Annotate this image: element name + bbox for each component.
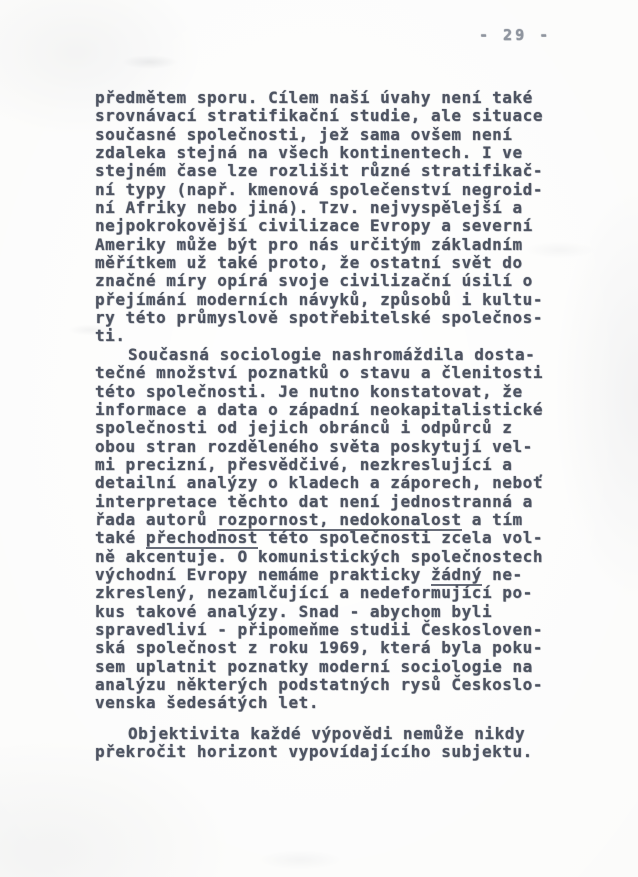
text-segment: sem uplatnit poznatky moderní sociologie…: [95, 657, 533, 676]
text-line: ská společnost z roku 1969, která byla p…: [95, 639, 551, 657]
text-line: kus takové analýzy. Snad - abychom byli: [95, 603, 551, 621]
text-line: přejímání moderních návyků, způsobů i ku…: [95, 291, 551, 309]
text-segment: nejpokrokovější civilizace Evropy a seve…: [95, 216, 533, 235]
text-segment: stejném čase lze rozlišit různé stratifi…: [95, 161, 543, 180]
text-line: předmětem sporu. Cílem naší úvahy není t…: [95, 89, 551, 107]
text-segment: ská společnost z roku 1969, která byla p…: [95, 638, 543, 657]
text-segment: kus takové analýzy. Snad - abychom byli: [95, 602, 492, 621]
text-line: ně akcentuje. O komunistických společnos…: [95, 548, 551, 566]
text-line: zdaleka stejná na všech kontinentech. I …: [95, 144, 551, 162]
text-segment: ní typy (např. kmenová společenství negr…: [95, 180, 543, 199]
text-segment: ry této průmyslově spotřebitelské společ…: [95, 308, 543, 327]
text-segment: přejímání moderních návyků, způsobů i ku…: [95, 290, 543, 309]
text-segment: spravedliví - připomeňme studii Českoslo…: [95, 620, 543, 639]
text-segment: tečné množství poznatků o stavu a členit…: [95, 363, 543, 382]
text-segment: ní Afriky nebo jiná). Tzv. nejvyspělejší…: [95, 198, 523, 217]
text-line: nejpokrokovější civilizace Evropy a seve…: [95, 217, 551, 235]
text-line: ní Afriky nebo jiná). Tzv. nejvyspělejší…: [95, 199, 551, 217]
text-segment: zdaleka stejná na všech kontinentech. I …: [95, 143, 523, 162]
text-segment: současné společnosti, jež sama ovšem nen…: [95, 125, 513, 144]
text-line: ry této průmyslově spotřebitelské společ…: [95, 309, 551, 327]
text-segment: značné míry opírá svoje civilizační úsil…: [95, 271, 533, 290]
text-line: srovnávací stratifikační studie, ale sit…: [95, 107, 551, 125]
text-line: Současná sociologie nashromáždila dosta-: [95, 346, 551, 364]
paragraph-2: Současná sociologie nashromáždila dosta-…: [95, 346, 551, 713]
text-segment: ně akcentuje. O komunistických společnos…: [95, 547, 543, 566]
text-line: ní typy (např. kmenová společenství negr…: [95, 181, 551, 199]
text-segment: analýzu některých podstatných rysů Česko…: [95, 675, 543, 694]
text-line: značné míry opírá svoje civilizační úsil…: [95, 272, 551, 290]
text-segment: měřítkem už také proto, že ostatní svět …: [95, 253, 523, 272]
text-line: současné společnosti, jež sama ovšem nen…: [95, 126, 551, 144]
text-segment: této společnosti. Je nutno konstatovat, …: [95, 382, 523, 401]
paragraph-1: předmětem sporu. Cílem naší úvahy není t…: [95, 89, 551, 346]
text-segment: interpretace těchto dat není jednostrann…: [95, 492, 533, 511]
document-text-block: předmětem sporu. Cílem naší úvahy není t…: [95, 89, 551, 761]
text-segment: ne-: [482, 565, 523, 584]
text-line: ti.: [95, 327, 551, 345]
text-segment: této společnosti zcela vol-: [258, 528, 543, 547]
text-segment: ti.: [95, 326, 126, 345]
page-number: - 29 -: [479, 26, 551, 44]
text-line: tečné množství poznatků o stavu a členit…: [95, 364, 551, 382]
text-segment: Objektivita každé výpovědi nemůže nikdy: [128, 724, 525, 743]
text-segment: Ameriky může být pro nás určitým základn…: [95, 235, 523, 254]
text-segment: srovnávací stratifikační studie, ale sit…: [95, 106, 543, 125]
text-line: překročit horizont vypovídajícího subjek…: [95, 743, 551, 761]
text-line: této společnosti. Je nutno konstatovat, …: [95, 383, 551, 401]
text-line: měřítkem už také proto, že ostatní svět …: [95, 254, 551, 272]
text-line: stejném čase lze rozlišit různé stratifi…: [95, 162, 551, 180]
text-line: spravedliví - připomeňme studii Českoslo…: [95, 621, 551, 639]
text-line: Ameriky může být pro nás určitým základn…: [95, 236, 551, 254]
text-segment: detailní analýzy o kladech a záporech, n…: [95, 473, 543, 492]
text-line: mi precizní, přesvědčivé, nezkreslující …: [95, 456, 551, 474]
text-line: obou stran rozděleného světa poskytují v…: [95, 438, 551, 456]
scanned-page: - 29 - předmětem sporu. Cílem naší úvahy…: [0, 0, 638, 877]
text-segment: obou stran rozděleného světa poskytují v…: [95, 437, 533, 456]
text-line: interpretace těchto dat není jednostrann…: [95, 493, 551, 511]
text-segment: východní Evropy nemáme prakticky: [95, 565, 431, 584]
text-line: detailní analýzy o kladech a záporech, n…: [95, 474, 551, 492]
text-segment: Současná sociologie nashromáždila dosta-: [128, 345, 535, 364]
text-line: Objektivita každé výpovědi nemůže nikdy: [95, 725, 551, 743]
text-segment: řada autorů: [95, 510, 217, 529]
text-line: analýzu některých podstatných rysů Česko…: [95, 676, 551, 694]
text-line: venska šedesátých let.: [95, 694, 551, 712]
text-line: informace a data o západní neokapitalist…: [95, 401, 551, 419]
text-segment: informace a data o západní neokapitalist…: [95, 400, 543, 419]
paragraph-3: Objektivita každé výpovědi nemůže nikdyp…: [95, 725, 551, 762]
text-segment: mi precizní, přesvědčivé, nezkreslující …: [95, 455, 513, 474]
text-line: také přechodnost této společnosti zcela …: [95, 529, 551, 547]
text-segment: také: [95, 528, 146, 547]
text-segment: zkreslený, nezamlčující a nedeformující …: [95, 583, 533, 602]
text-segment: překročit horizont vypovídajícího subjek…: [95, 742, 533, 761]
text-line: společnosti od jejich obránců i odpůrců …: [95, 419, 551, 437]
text-segment: a tím: [462, 510, 523, 529]
text-line: zkreslený, nezamlčující a nedeformující …: [95, 584, 551, 602]
text-segment: společnosti od jejich obránců i odpůrců …: [95, 418, 513, 437]
text-segment: předmětem sporu. Cílem naší úvahy není t…: [95, 88, 533, 107]
text-segment: venska šedesátých let.: [95, 693, 319, 712]
text-line: sem uplatnit poznatky moderní sociologie…: [95, 658, 551, 676]
text-line: východní Evropy nemáme prakticky žádný n…: [95, 566, 551, 584]
text-line: řada autorů rozpornost, nedokonalost a t…: [95, 511, 551, 529]
